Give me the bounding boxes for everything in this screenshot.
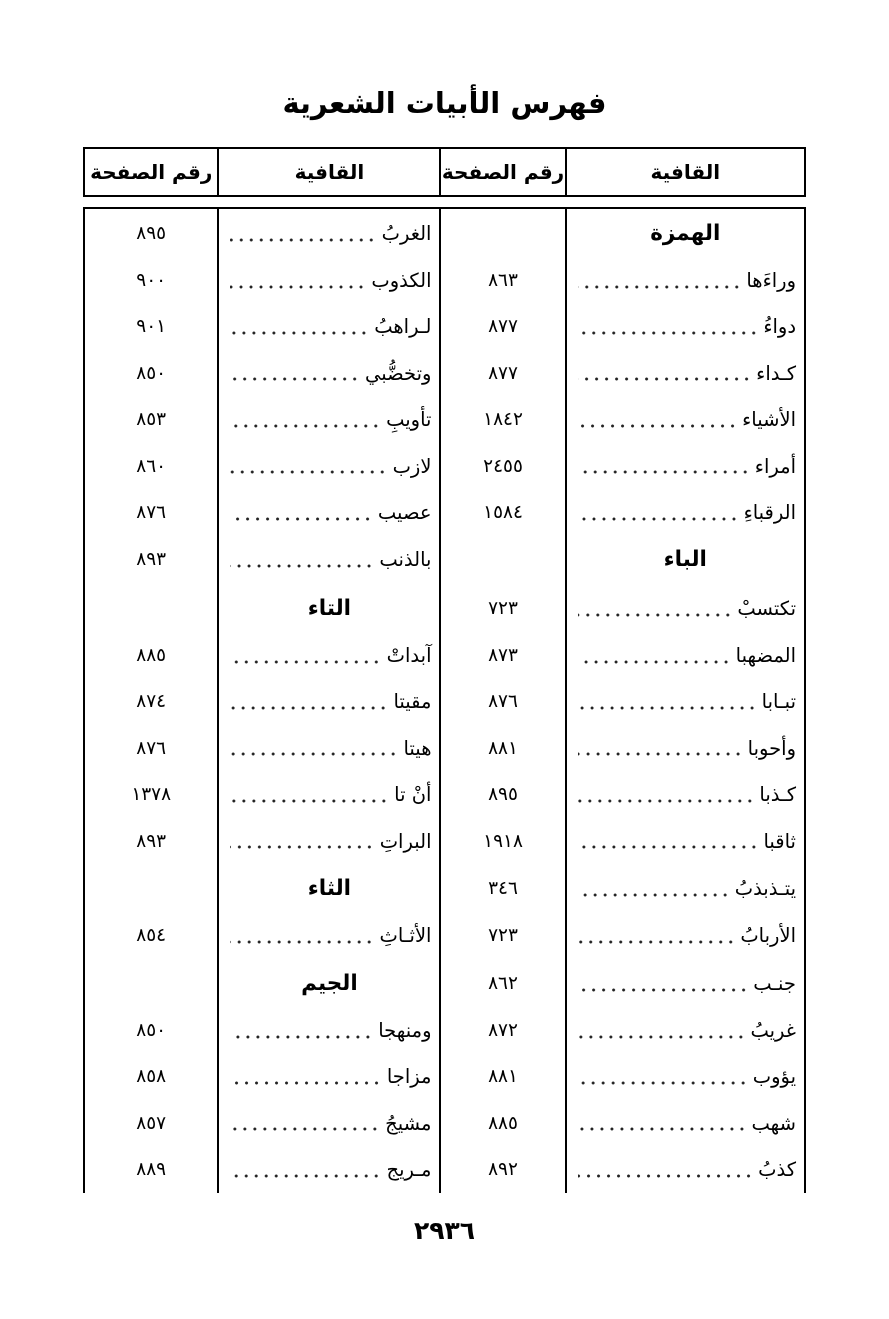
- section-heading: الباء: [664, 547, 707, 572]
- page-number-cell-left: [85, 584, 217, 632]
- qafiya-cell-right: يتـذبذبُ: [565, 864, 804, 912]
- rhyme-word: ثاقبا: [763, 830, 796, 853]
- dotted-leader: [578, 304, 759, 350]
- rhyme-word: يتـذبذبُ: [735, 877, 796, 900]
- qafiya-cell-left: وتخضُّبي: [217, 350, 439, 396]
- qafiya-cell-right: ثاقبا: [565, 818, 804, 864]
- page-number-cell-right: ٢٤٥٥: [439, 443, 564, 489]
- qafiya-cell-left: الجيم: [217, 959, 439, 1007]
- rhyme-word: المضهبا: [736, 644, 796, 667]
- page-number-cell-right: ٧٢٣: [439, 584, 564, 632]
- table-row: كذبُ ٨٩٢ مـريج ٨٨٩: [85, 1147, 804, 1193]
- dotted-leader: [230, 818, 374, 864]
- rhyme-word: شهب: [752, 1112, 796, 1135]
- rhyme-word: جنـب: [753, 972, 796, 995]
- page-number-cell-left: ٨٨٩: [85, 1147, 217, 1193]
- rhyme-word: غريبُ: [750, 1019, 796, 1042]
- dotted-leader: [230, 1007, 373, 1053]
- header-qafiya-left: القافية: [217, 149, 439, 195]
- page-number-cell-left: ٨٩٥: [85, 209, 217, 257]
- header-page-number-right: رقم الصفحة: [439, 149, 564, 195]
- dotted-leader: [578, 1100, 747, 1146]
- page-number-cell-right: ٨٦٢: [439, 959, 564, 1007]
- rhyme-word: مشيجُ: [385, 1112, 431, 1135]
- rhyme-word: يؤوب: [753, 1065, 796, 1088]
- qafiya-cell-left: البراتِ: [217, 818, 439, 864]
- dotted-leader: [578, 864, 730, 912]
- rhyme-word: عصيب: [378, 501, 432, 524]
- dotted-leader: [230, 1147, 381, 1193]
- qafiya-cell-left: مشيجُ: [217, 1100, 439, 1146]
- qafiya-cell-left: تأويبِ: [217, 397, 439, 443]
- rhyme-word: أنْ تا: [394, 783, 431, 806]
- rhyme-word: كذبُ: [758, 1158, 796, 1181]
- rhyme-word: ومنهجا: [378, 1019, 431, 1042]
- dotted-leader: [578, 632, 731, 678]
- page-number-cell-right: ١٨٤٢: [439, 397, 564, 443]
- table-row: تبـابا ٨٧٦ مقيتا ٨٧٤: [85, 679, 804, 725]
- qafiya-cell-left: مقيتا: [217, 679, 439, 725]
- dotted-leader: [230, 536, 374, 584]
- page-number-cell-left: ٨٦٠: [85, 443, 217, 489]
- dotted-leader: [578, 1054, 748, 1100]
- page-number-cell-left: ٨٥٠: [85, 1007, 217, 1053]
- table-row: شهب ٨٨٥ مشيجُ ٨٥٧: [85, 1100, 804, 1146]
- page-number-cell-left: ٨٧٦: [85, 725, 217, 771]
- dotted-leader: [230, 209, 376, 257]
- header-qafiya-right: القافية: [565, 149, 804, 195]
- rhyme-word: لـراهبُ: [374, 315, 431, 338]
- rhyme-word: مـريج: [387, 1158, 432, 1181]
- page-number-cell-left: ٨٩٣: [85, 818, 217, 864]
- page-number-cell-left: [85, 959, 217, 1007]
- dotted-leader: [230, 913, 374, 959]
- page-number-cell-left: ٨٥٠: [85, 350, 217, 396]
- page-number-cell-right: ٨٧٣: [439, 632, 564, 678]
- page-number-cell-right: ٨٦٣: [439, 257, 564, 303]
- table-row: جنـب ٨٦٢ الجيم: [85, 959, 804, 1007]
- qafiya-cell-right: دواءُ: [565, 304, 804, 350]
- rhyme-word: مقيتا: [393, 690, 431, 713]
- dotted-leader: [230, 679, 388, 725]
- table-row: وراءَها ٨٦٣ الكذوب ٩٠٠: [85, 257, 804, 303]
- qafiya-cell-left: مـريج: [217, 1147, 439, 1193]
- rhyme-word: الأربابُ: [740, 924, 796, 947]
- qafiya-cell-right: الرقباءِ: [565, 489, 804, 535]
- table-row: الأربابُ ٧٢٣ الأثـاثِ ٨٥٤: [85, 913, 804, 959]
- table-row: أمراء ٢٤٥٥ لازب ٨٦٠: [85, 443, 804, 489]
- rhyme-word: وتخضُّبي: [365, 362, 431, 385]
- table-body: الهمزة الغربُ ٨٩٥ وراءَها ٨٦٣ الكذوب ٩٠٠…: [83, 207, 806, 1193]
- page-number-cell-left: ٨٧٤: [85, 679, 217, 725]
- section-heading: الثاء: [308, 876, 351, 901]
- page-number-cell-right: ١٥٨٤: [439, 489, 564, 535]
- rhyme-word: وراءَها: [746, 269, 796, 292]
- qafiya-cell-left: مزاجا: [217, 1054, 439, 1100]
- dotted-leader: [230, 772, 389, 818]
- dotted-leader: [230, 1100, 380, 1146]
- section-heading: الهمزة: [650, 221, 720, 246]
- rhyme-word: أمراء: [755, 455, 796, 478]
- qafiya-cell-right: وأحوبا: [565, 725, 804, 771]
- page-number-cell-right: ٨٩٥: [439, 772, 564, 818]
- page-number-cell-right: [439, 209, 564, 257]
- table-row: الأشياء ١٨٤٢ تأويبِ ٨٥٣: [85, 397, 804, 443]
- page-number-cell-right: ٨٧٧: [439, 304, 564, 350]
- section-heading: التاء: [308, 596, 351, 621]
- qafiya-cell-right: كـداء: [565, 350, 804, 396]
- page-number-cell-right: ٨٨٥: [439, 1100, 564, 1146]
- rhyme-word: الأثـاثِ: [380, 924, 432, 947]
- table-row: دواءُ ٨٧٧ لـراهبُ ٩٠١: [85, 304, 804, 350]
- page-number-cell-right: ٨٧٦: [439, 679, 564, 725]
- qafiya-cell-right: المضهبا: [565, 632, 804, 678]
- rhyme-word: البراتِ: [380, 830, 432, 853]
- page-number-cell-left: ٩٠١: [85, 304, 217, 350]
- page-number-cell-left: ٨٩٣: [85, 536, 217, 584]
- section-heading: الجيم: [301, 971, 358, 996]
- page-number-cell-right: ٨٩٢: [439, 1147, 564, 1193]
- rhyme-word: الكذوب: [371, 269, 431, 292]
- table-row: المضهبا ٨٧٣ آبداتْ ٨٨٥: [85, 632, 804, 678]
- qafiya-cell-right: غريبُ: [565, 1007, 804, 1053]
- qafiya-cell-left: الكذوب: [217, 257, 439, 303]
- scanned-book-page: فهرس الأبيات الشعرية القافية رقم الصفحة …: [0, 0, 889, 1319]
- page-number-cell-right: ٨٨١: [439, 1054, 564, 1100]
- page-number-cell-right: ٨٧٧: [439, 350, 564, 396]
- qafiya-cell-left: أنْ تا: [217, 772, 439, 818]
- rhyme-word: تكتسبْ: [737, 597, 796, 620]
- dotted-leader: [578, 1007, 746, 1053]
- qafiya-cell-right: جنـب: [565, 959, 804, 1007]
- rhyme-word: دواءُ: [763, 315, 796, 338]
- qafiya-cell-left: الثاء: [217, 864, 439, 912]
- page-number-cell-left: ٨٨٥: [85, 632, 217, 678]
- table-row: الهمزة الغربُ ٨٩٥: [85, 209, 804, 257]
- qafiya-cell-left: بالذنب: [217, 536, 439, 584]
- rhyme-word: بالذنب: [379, 548, 431, 571]
- page-number-cell-left: ٨٥٤: [85, 913, 217, 959]
- dotted-leader: [578, 818, 759, 864]
- page-number-cell-left: ١٣٧٨: [85, 772, 217, 818]
- dotted-leader: [578, 913, 736, 959]
- qafiya-cell-right: كـذبا: [565, 772, 804, 818]
- dotted-leader: [578, 350, 752, 396]
- dotted-leader: [578, 397, 738, 443]
- qafiya-cell-right: الأربابُ: [565, 913, 804, 959]
- page-number-cell-left: ٩٠٠: [85, 257, 217, 303]
- dotted-leader: [230, 489, 373, 535]
- qafiya-cell-left: هيتا: [217, 725, 439, 771]
- page-number-cell-right: ١٩١٨: [439, 818, 564, 864]
- qafiya-cell-left: الأثـاثِ: [217, 913, 439, 959]
- qafiya-cell-right: كذبُ: [565, 1147, 804, 1193]
- qafiya-cell-left: آبداتْ: [217, 632, 439, 678]
- table-row: كـذبا ٨٩٥ أنْ تا ١٣٧٨: [85, 772, 804, 818]
- dotted-leader: [230, 1054, 382, 1100]
- rhyme-word: هيتا: [403, 737, 431, 760]
- dotted-leader: [578, 257, 742, 303]
- dotted-leader: [230, 304, 369, 350]
- qafiya-cell-right: شهب: [565, 1100, 804, 1146]
- qafiya-cell-right: وراءَها: [565, 257, 804, 303]
- dotted-leader: [578, 772, 755, 818]
- dotted-leader: [578, 959, 749, 1007]
- page-number-cell-left: [85, 864, 217, 912]
- page-number-cell-left: ٨٥٧: [85, 1100, 217, 1146]
- rhyme-word: مزاجا: [387, 1065, 432, 1088]
- table-row: يؤوب ٨٨١ مزاجا ٨٥٨: [85, 1054, 804, 1100]
- rhyme-word: آبداتْ: [387, 644, 432, 667]
- qafiya-cell-right: تبـابا: [565, 679, 804, 725]
- dotted-leader: [578, 725, 743, 771]
- qafiya-cell-right: أمراء: [565, 443, 804, 489]
- table-row: تكتسبْ ٧٢٣ التاء: [85, 584, 804, 632]
- dotted-leader: [230, 632, 381, 678]
- rhyme-word: وأحوبا: [748, 737, 796, 760]
- table-row: كـداء ٨٧٧ وتخضُّبي ٨٥٠: [85, 350, 804, 396]
- page-number-cell-right: ٧٢٣: [439, 913, 564, 959]
- rhyme-word: لازب: [393, 455, 432, 478]
- table-row: غريبُ ٨٧٢ ومنهجا ٨٥٠: [85, 1007, 804, 1053]
- rhyme-word: كـذبا: [759, 783, 796, 806]
- qafiya-cell-right: الهمزة: [565, 209, 804, 257]
- table-row: الباء بالذنب ٨٩٣: [85, 536, 804, 584]
- rhyme-word: الرقباءِ: [744, 501, 796, 524]
- qafiya-cell-left: ومنهجا: [217, 1007, 439, 1053]
- dotted-leader: [230, 725, 398, 771]
- dotted-leader: [230, 350, 360, 396]
- header-page-number-left: رقم الصفحة: [85, 149, 217, 195]
- table-row: وأحوبا ٨٨١ هيتا ٨٧٦: [85, 725, 804, 771]
- rhyme-word: الغربُ: [382, 222, 432, 245]
- qafiya-cell-left: الغربُ: [217, 209, 439, 257]
- dotted-leader: [230, 257, 366, 303]
- qafiya-cell-left: التاء: [217, 584, 439, 632]
- dotted-leader: [578, 679, 757, 725]
- dotted-leader: [578, 443, 750, 489]
- dotted-leader: [230, 443, 387, 489]
- dotted-leader: [578, 489, 739, 535]
- qafiya-cell-left: عصيب: [217, 489, 439, 535]
- qafiya-cell-left: لازب: [217, 443, 439, 489]
- qafiya-cell-right: الباء: [565, 536, 804, 584]
- qafiya-cell-right: الأشياء: [565, 397, 804, 443]
- page-number-cell-left: ٨٥٣: [85, 397, 217, 443]
- qafiya-cell-right: تكتسبْ: [565, 584, 804, 632]
- table-row: ثاقبا ١٩١٨ البراتِ ٨٩٣: [85, 818, 804, 864]
- page-number-cell-right: [439, 536, 564, 584]
- qafiya-cell-left: لـراهبُ: [217, 304, 439, 350]
- table-row: الرقباءِ ١٥٨٤ عصيب ٨٧٦: [85, 489, 804, 535]
- dotted-leader: [230, 397, 381, 443]
- table-row: يتـذبذبُ ٣٤٦ الثاء: [85, 864, 804, 912]
- rhyme-word: كـداء: [756, 362, 796, 385]
- rhyme-word: تأويبِ: [386, 408, 431, 431]
- folio-page-number: ٢٩٣٦: [0, 1216, 889, 1245]
- page-number-cell-left: ٨٥٨: [85, 1054, 217, 1100]
- rhyme-word: تبـابا: [762, 690, 796, 713]
- page-number-cell-left: ٨٧٦: [85, 489, 217, 535]
- index-table-header-row: القافية رقم الصفحة القافية رقم الصفحة: [83, 147, 806, 197]
- page-number-cell-right: ٨٨١: [439, 725, 564, 771]
- page-title: فهرس الأبيات الشعرية: [0, 86, 889, 120]
- rhyme-word: الأشياء: [742, 408, 796, 431]
- dotted-leader: [578, 584, 733, 632]
- page-number-cell-right: ٨٧٢: [439, 1007, 564, 1053]
- page-number-cell-right: ٣٤٦: [439, 864, 564, 912]
- qafiya-cell-right: يؤوب: [565, 1054, 804, 1100]
- dotted-leader: [578, 1147, 754, 1193]
